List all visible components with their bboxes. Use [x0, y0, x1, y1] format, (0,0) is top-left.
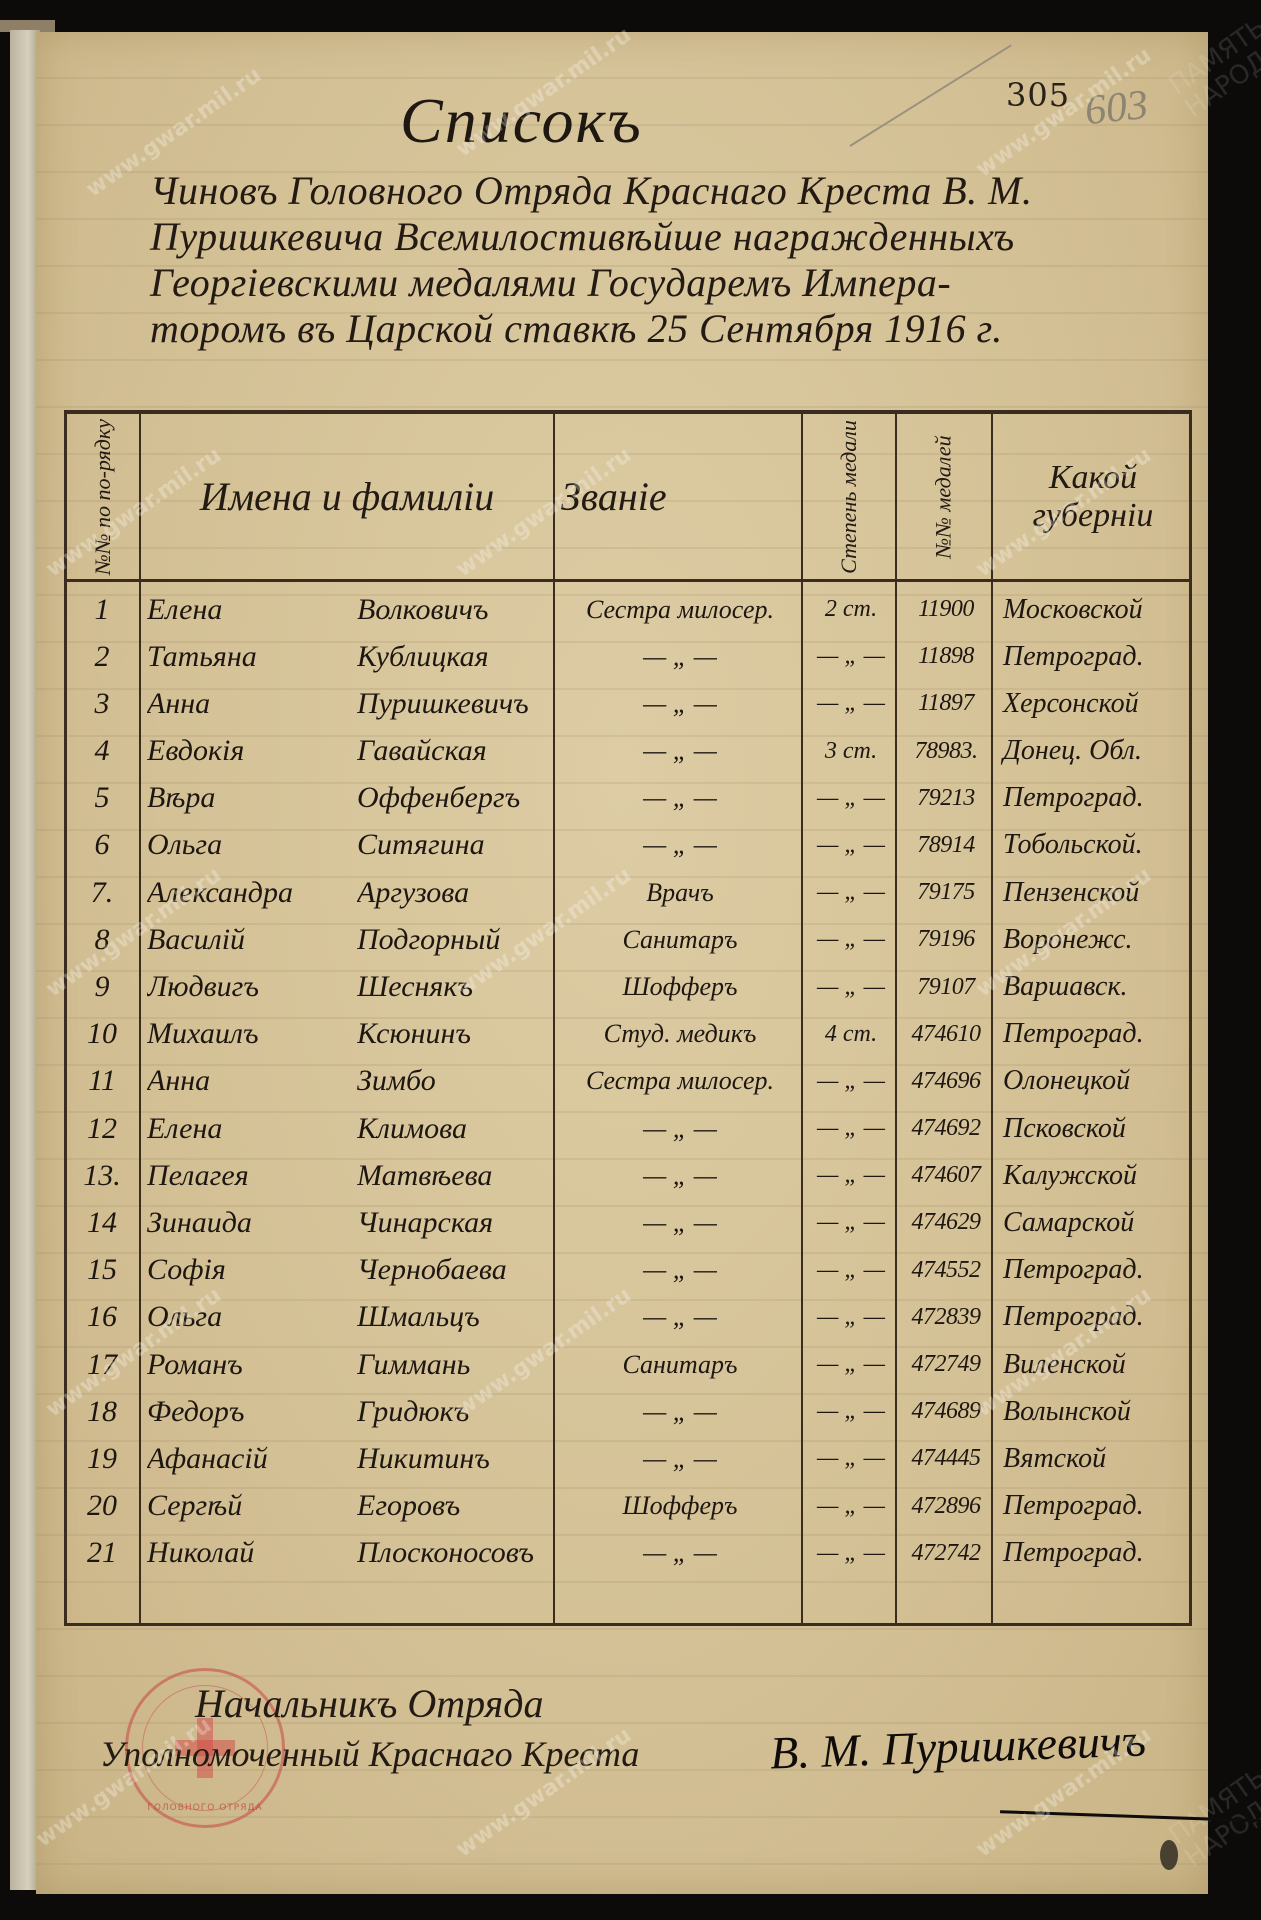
- medal-degree: — „ —: [805, 1388, 897, 1435]
- last-name: Климова: [357, 1105, 557, 1152]
- table-row: 11АннаЗимбоСестра милосер.— „ —474696Оло…: [67, 1058, 1189, 1105]
- row-number: 13.: [67, 1152, 137, 1199]
- province: Вятской: [997, 1435, 1199, 1482]
- last-name: Шмальцъ: [357, 1294, 557, 1341]
- medal-degree: — „ —: [805, 822, 897, 869]
- rank: Врачъ: [557, 869, 803, 916]
- medal-number: 472896: [899, 1483, 993, 1530]
- first-name: Татьяна: [147, 633, 367, 680]
- last-name: Зимбо: [357, 1058, 557, 1105]
- rank: Санитаръ: [557, 916, 803, 963]
- row-number: 5: [67, 775, 137, 822]
- table-row: 5ВѣраОффенбергъ— „ —— „ —79213Петроград.: [67, 775, 1189, 822]
- rank: — „ —: [557, 1152, 803, 1199]
- medal-degree: — „ —: [805, 1294, 897, 1341]
- header-line: торомъ въ Царской ставкѣ 25 Сентября 191…: [150, 306, 1190, 352]
- first-name: Вѣра: [147, 775, 367, 822]
- province: Донец. Обл.: [997, 728, 1199, 775]
- document-title: Списокъ: [400, 84, 643, 158]
- last-name: Ситягина: [357, 822, 557, 869]
- last-name: Пуришкевичъ: [357, 680, 557, 727]
- first-name: Ольга: [147, 822, 367, 869]
- row-number: 12: [67, 1105, 137, 1152]
- row-number: 17: [67, 1341, 137, 1388]
- table-row: 1ЕленаВолковичъСестра милосер.2 ст.11900…: [67, 586, 1189, 633]
- medal-number: 79213: [899, 775, 993, 822]
- document-header: Чиновъ Головного Отряда Краснаго Креста …: [150, 168, 1190, 352]
- last-name: Гиммань: [357, 1341, 557, 1388]
- column-header-rank: Званіе: [555, 414, 807, 579]
- rank: — „ —: [557, 1105, 803, 1152]
- first-name: Афанасій: [147, 1435, 367, 1482]
- signatory-role: Уполномоченный Краснаго Креста: [100, 1733, 780, 1775]
- first-name: Евдокія: [147, 728, 367, 775]
- last-name: Никитинъ: [357, 1435, 557, 1482]
- province: Тобольской.: [997, 822, 1199, 869]
- header-line: Георгіевскими медалями Государемъ Импера…: [150, 260, 1190, 306]
- row-number: 16: [67, 1294, 137, 1341]
- table-row: 9ЛюдвигъШеснякъШофферъ— „ —79107Варшавск…: [67, 964, 1189, 1011]
- table-row: 3АннаПуришкевичъ— „ —— „ —11897Херсонско…: [67, 680, 1189, 727]
- last-name: Кублицкая: [357, 633, 557, 680]
- column-header-number: №№ по по-рядку: [67, 414, 139, 579]
- rank: Шофферъ: [557, 1483, 803, 1530]
- medal-degree: — „ —: [805, 1341, 897, 1388]
- row-number: 19: [67, 1435, 137, 1482]
- last-name: Оффенбергъ: [357, 775, 557, 822]
- first-name: Анна: [147, 680, 367, 727]
- rank: Санитаръ: [557, 1341, 803, 1388]
- medal-degree: — „ —: [805, 916, 897, 963]
- row-number: 18: [67, 1388, 137, 1435]
- rank: — „ —: [557, 1247, 803, 1294]
- medal-number: 474610: [899, 1011, 993, 1058]
- medal-number: 474629: [899, 1199, 993, 1246]
- rank: — „ —: [557, 633, 803, 680]
- rank: — „ —: [557, 1435, 803, 1482]
- medal-degree: — „ —: [805, 964, 897, 1011]
- row-number: 20: [67, 1483, 137, 1530]
- row-number: 15: [67, 1247, 137, 1294]
- last-name: Гавайская: [357, 728, 557, 775]
- column-header-name: Имена и фамиліи: [141, 414, 553, 579]
- medal-number: 79107: [899, 964, 993, 1011]
- medal-number: 474689: [899, 1388, 993, 1435]
- ink-blot: [1160, 1840, 1178, 1870]
- table-row: 18ФедоръГридюкъ— „ —— „ —474689Волынской: [67, 1388, 1189, 1435]
- province: Петроград.: [997, 1247, 1199, 1294]
- column-header-degree: Степень медали: [803, 414, 895, 579]
- row-number: 4: [67, 728, 137, 775]
- table-row: 4ЕвдокіяГавайская— „ —3 ст.78983.Донец. …: [67, 728, 1189, 775]
- province: Варшавск.: [997, 964, 1199, 1011]
- medal-number: 474696: [899, 1058, 993, 1105]
- header-line: Пуришкевича Всемилостивѣйше награжденных…: [150, 214, 1190, 260]
- table-row: 2ТатьянаКублицкая— „ —— „ —11898Петрогра…: [67, 633, 1189, 680]
- table-row: 17РоманъГимманьСанитаръ— „ —472749Виленс…: [67, 1341, 1189, 1388]
- row-number: 14: [67, 1199, 137, 1246]
- medal-degree: — „ —: [805, 869, 897, 916]
- medal-number: 78914: [899, 822, 993, 869]
- province: Петроград.: [997, 1483, 1199, 1530]
- row-number: 10: [67, 1011, 137, 1058]
- province: Петроград.: [997, 775, 1199, 822]
- last-name: Шеснякъ: [357, 964, 557, 1011]
- table-row: 7.АлександраАргузоваВрачъ— „ —79175Пензе…: [67, 869, 1189, 916]
- column-header-province: Какой губерніи: [993, 414, 1193, 579]
- table-row: 14ЗинаидаЧинарская— „ —— „ —474629Самарс…: [67, 1199, 1189, 1246]
- medal-number: 474692: [899, 1105, 993, 1152]
- table-row: 20СергѣйЕгоровъШофферъ— „ —472896Петрогр…: [67, 1483, 1189, 1530]
- row-number: 8: [67, 916, 137, 963]
- medal-number: 79175: [899, 869, 993, 916]
- province: Псковской: [997, 1105, 1199, 1152]
- row-number: 2: [67, 633, 137, 680]
- province: Калужской: [997, 1152, 1199, 1199]
- first-name: Романъ: [147, 1341, 367, 1388]
- last-name: Егоровъ: [357, 1483, 557, 1530]
- province: Воронежс.: [997, 916, 1199, 963]
- rank: — „ —: [557, 775, 803, 822]
- table-row: 13.ПелагеяМатвѣева— „ —— „ —474607Калужс…: [67, 1152, 1189, 1199]
- province: Петроград.: [997, 1530, 1199, 1577]
- table-row: 6ОльгаСитягина— „ —— „ —78914Тобольской.: [67, 822, 1189, 869]
- rank: — „ —: [557, 728, 803, 775]
- rank: — „ —: [557, 1294, 803, 1341]
- rank: Сестра милосер.: [557, 1058, 803, 1105]
- medal-number: 11898: [899, 633, 993, 680]
- province: Пензенской: [997, 869, 1199, 916]
- medal-degree: — „ —: [805, 1530, 897, 1577]
- archive-number: 603: [1083, 81, 1151, 135]
- medal-number: 79196: [899, 916, 993, 963]
- medal-number: 472742: [899, 1530, 993, 1577]
- medal-degree: — „ —: [805, 1152, 897, 1199]
- last-name: Матвѣева: [357, 1152, 557, 1199]
- first-name: Николай: [147, 1530, 367, 1577]
- first-name: Елена: [147, 1105, 367, 1152]
- rank: — „ —: [557, 1530, 803, 1577]
- row-number: 6: [67, 822, 137, 869]
- row-number: 3: [67, 680, 137, 727]
- medal-number: 474552: [899, 1247, 993, 1294]
- first-name: Людвигъ: [147, 964, 367, 1011]
- province: Олонецкой: [997, 1058, 1199, 1105]
- table-body: 1ЕленаВолковичъСестра милосер.2 ст.11900…: [67, 586, 1189, 1577]
- last-name: Плосконосовъ: [357, 1530, 557, 1577]
- table-row: 10МихаилъКсюнинъСтуд. медикъ4 ст.474610П…: [67, 1011, 1189, 1058]
- medal-number: 11897: [899, 680, 993, 727]
- rank: — „ —: [557, 1388, 803, 1435]
- medal-degree: 2 ст.: [805, 586, 897, 633]
- table-row: 12ЕленаКлимова— „ —— „ —474692Псковской: [67, 1105, 1189, 1152]
- first-name: Анна: [147, 1058, 367, 1105]
- medal-degree: — „ —: [805, 680, 897, 727]
- stamp-text: ГОЛОВНОГО ОТРЯДА: [128, 1803, 282, 1813]
- first-name: Пелагея: [147, 1152, 367, 1199]
- column-header-medal-no: №№ медалей: [897, 414, 991, 579]
- medal-number: 78983.: [899, 728, 993, 775]
- first-name: Александра: [147, 869, 367, 916]
- medal-degree: 3 ст.: [805, 728, 897, 775]
- medal-degree: — „ —: [805, 1435, 897, 1482]
- last-name: Ксюнинъ: [357, 1011, 557, 1058]
- medal-degree: — „ —: [805, 1199, 897, 1246]
- rank: — „ —: [557, 1199, 803, 1246]
- first-name: Василій: [147, 916, 367, 963]
- province: Самарской: [997, 1199, 1199, 1246]
- header-line: Чиновъ Головного Отряда Краснаго Креста …: [150, 168, 1190, 214]
- row-number: 1: [67, 586, 137, 633]
- province: Петроград.: [997, 1011, 1199, 1058]
- signatory-title: Начальникъ Отряда: [195, 1680, 780, 1727]
- table-row: 19АфанасійНикитинъ— „ —— „ —474445Вятско…: [67, 1435, 1189, 1482]
- medal-degree: — „ —: [805, 1247, 897, 1294]
- row-number: 11: [67, 1058, 137, 1105]
- rank: Сестра милосер.: [557, 586, 803, 633]
- header-divider: [67, 579, 1189, 582]
- rank: — „ —: [557, 680, 803, 727]
- first-name: Софія: [147, 1247, 367, 1294]
- first-name: Ольга: [147, 1294, 367, 1341]
- first-name: Федоръ: [147, 1388, 367, 1435]
- signature-block: Начальникъ Отряда Уполномоченный Краснаг…: [100, 1680, 780, 1775]
- first-name: Зинаида: [147, 1199, 367, 1246]
- last-name: Чернобаева: [357, 1247, 557, 1294]
- row-number: 9: [67, 964, 137, 1011]
- last-name: Аргузова: [357, 869, 557, 916]
- medal-number: 472749: [899, 1341, 993, 1388]
- medal-number: 474607: [899, 1152, 993, 1199]
- row-number: 7.: [67, 869, 137, 916]
- first-name: Елена: [147, 586, 367, 633]
- province: Московской: [997, 586, 1199, 633]
- table-row: 15СофіяЧернобаева— „ —— „ —474552Петрогр…: [67, 1247, 1189, 1294]
- awards-table: №№ по по-рядку Имена и фамиліи Званіе Ст…: [64, 410, 1192, 1626]
- first-name: Сергѣй: [147, 1483, 367, 1530]
- rank: — „ —: [557, 822, 803, 869]
- medal-number: 472839: [899, 1294, 993, 1341]
- table-row: 21НиколайПлосконосовъ— „ —— „ —472742Пет…: [67, 1530, 1189, 1577]
- row-number: 21: [67, 1530, 137, 1577]
- medal-number: 474445: [899, 1435, 993, 1482]
- province: Петроград.: [997, 633, 1199, 680]
- medal-degree: — „ —: [805, 1105, 897, 1152]
- table-row: 8ВасилійПодгорныйСанитаръ— „ —79196Ворон…: [67, 916, 1189, 963]
- medal-number: 11900: [899, 586, 993, 633]
- last-name: Гридюкъ: [357, 1388, 557, 1435]
- last-name: Волковичъ: [357, 586, 557, 633]
- medal-degree: 4 ст.: [805, 1011, 897, 1058]
- table-row: 16ОльгаШмальцъ— „ —— „ —472839Петроград.: [67, 1294, 1189, 1341]
- medal-degree: — „ —: [805, 1483, 897, 1530]
- province: Виленской: [997, 1341, 1199, 1388]
- province: Волынской: [997, 1388, 1199, 1435]
- medal-degree: — „ —: [805, 1058, 897, 1105]
- last-name: Чинарская: [357, 1199, 557, 1246]
- province: Петроград.: [997, 1294, 1199, 1341]
- rank: Шофферъ: [557, 964, 803, 1011]
- province: Херсонской: [997, 680, 1199, 727]
- page-number: 305: [1006, 76, 1070, 114]
- medal-degree: — „ —: [805, 775, 897, 822]
- rank: Студ. медикъ: [557, 1011, 803, 1058]
- first-name: Михаилъ: [147, 1011, 367, 1058]
- medal-degree: — „ —: [805, 633, 897, 680]
- last-name: Подгорный: [357, 916, 557, 963]
